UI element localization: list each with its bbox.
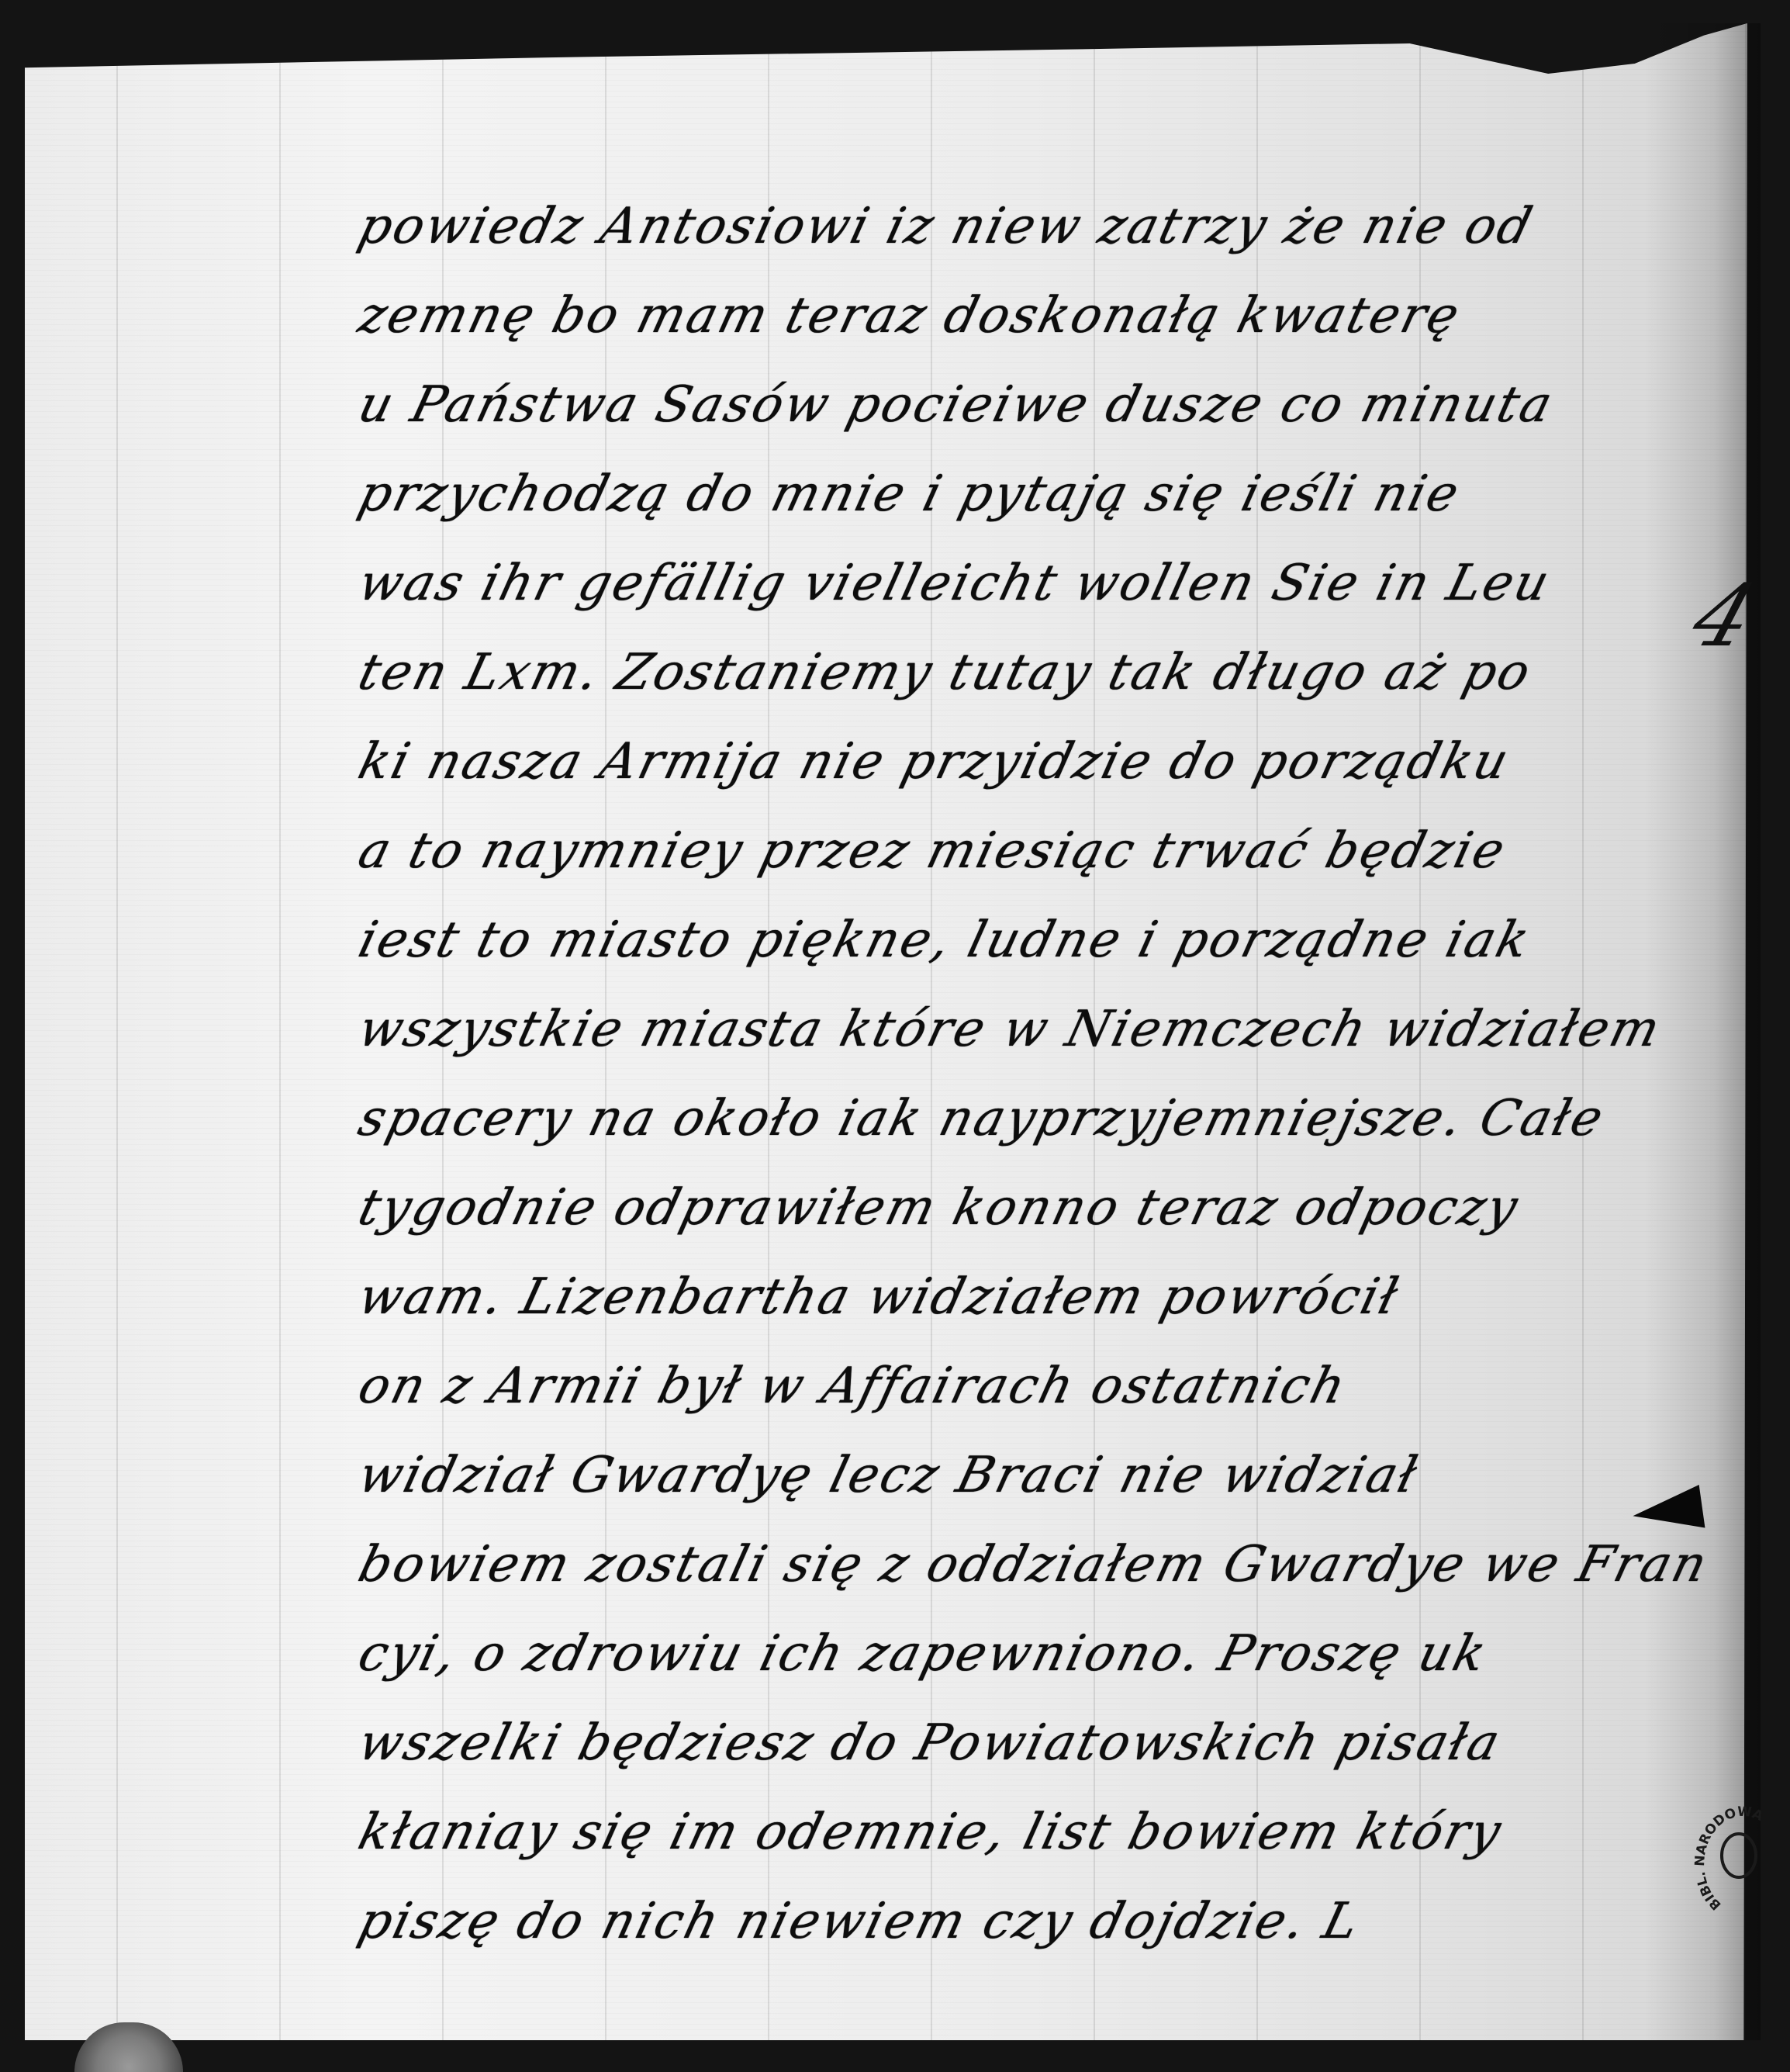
text-line-3: u Państwa Sasów pocieiwe dusze co minuta (353, 376, 1560, 434)
text-line-10: wszystkie miasta które w Niemczech widzi… (353, 1001, 1667, 1058)
stamp-seal-icon: BIBL. NARODOWA (1691, 1800, 1776, 1916)
page-fold-shadow (1644, 23, 1761, 2040)
text-line-14: on z Armii był w Affairach ostatnich (353, 1358, 1353, 1415)
text-line-5: was ihr gefällig vielleicht wollen Sie i… (353, 555, 1557, 612)
text-line-7: ki nasza Armija nie przyidzie do porządk… (353, 733, 1516, 790)
text-line-16: bowiem zostali się z oddziałem Gwardye w… (353, 1536, 1715, 1593)
text-line-19: kłaniay się im odemnie, list bowiem któr… (353, 1804, 1508, 1861)
text-line-11: spacery na około iak nayprzyjemniejsze. … (353, 1090, 1611, 1147)
text-line-9: iest to miasto piękne, ludne i porządne … (353, 911, 1537, 969)
text-line-18: wszelki będziesz do Powiatowskich pisała (353, 1714, 1508, 1772)
text-line-4: przychodzą do mnie i pytają się ieśli ni… (353, 465, 1467, 523)
text-line-1: powiedz Antosiowi iz niew zatrzy że nie … (353, 198, 1539, 255)
text-line-15: widział Gwardyę lecz Braci nie widział (353, 1447, 1425, 1504)
text-line-17: cyi, o zdrowiu ich zapewniono. Proszę uk (353, 1625, 1494, 1683)
text-line-20: piszę do nich niewiem czy dojdzie. L (353, 1893, 1367, 1950)
text-line-13: wam. Lizenbartha widziałem powrócił (353, 1268, 1405, 1326)
text-line-12: tygodnie odprawiłem konno teraz odpoczy (353, 1179, 1526, 1237)
library-stamp: BIBL. NARODOWA (1691, 1800, 1776, 1916)
text-line-2: zemnę bo mam teraz doskonałą kwaterę (353, 287, 1467, 344)
text-line-8: a to naymniey przez miesiąc trwać będzie (353, 822, 1512, 880)
text-line-6: ten Lxm. Zostaniemy tutay tak długo aż p… (353, 644, 1538, 701)
